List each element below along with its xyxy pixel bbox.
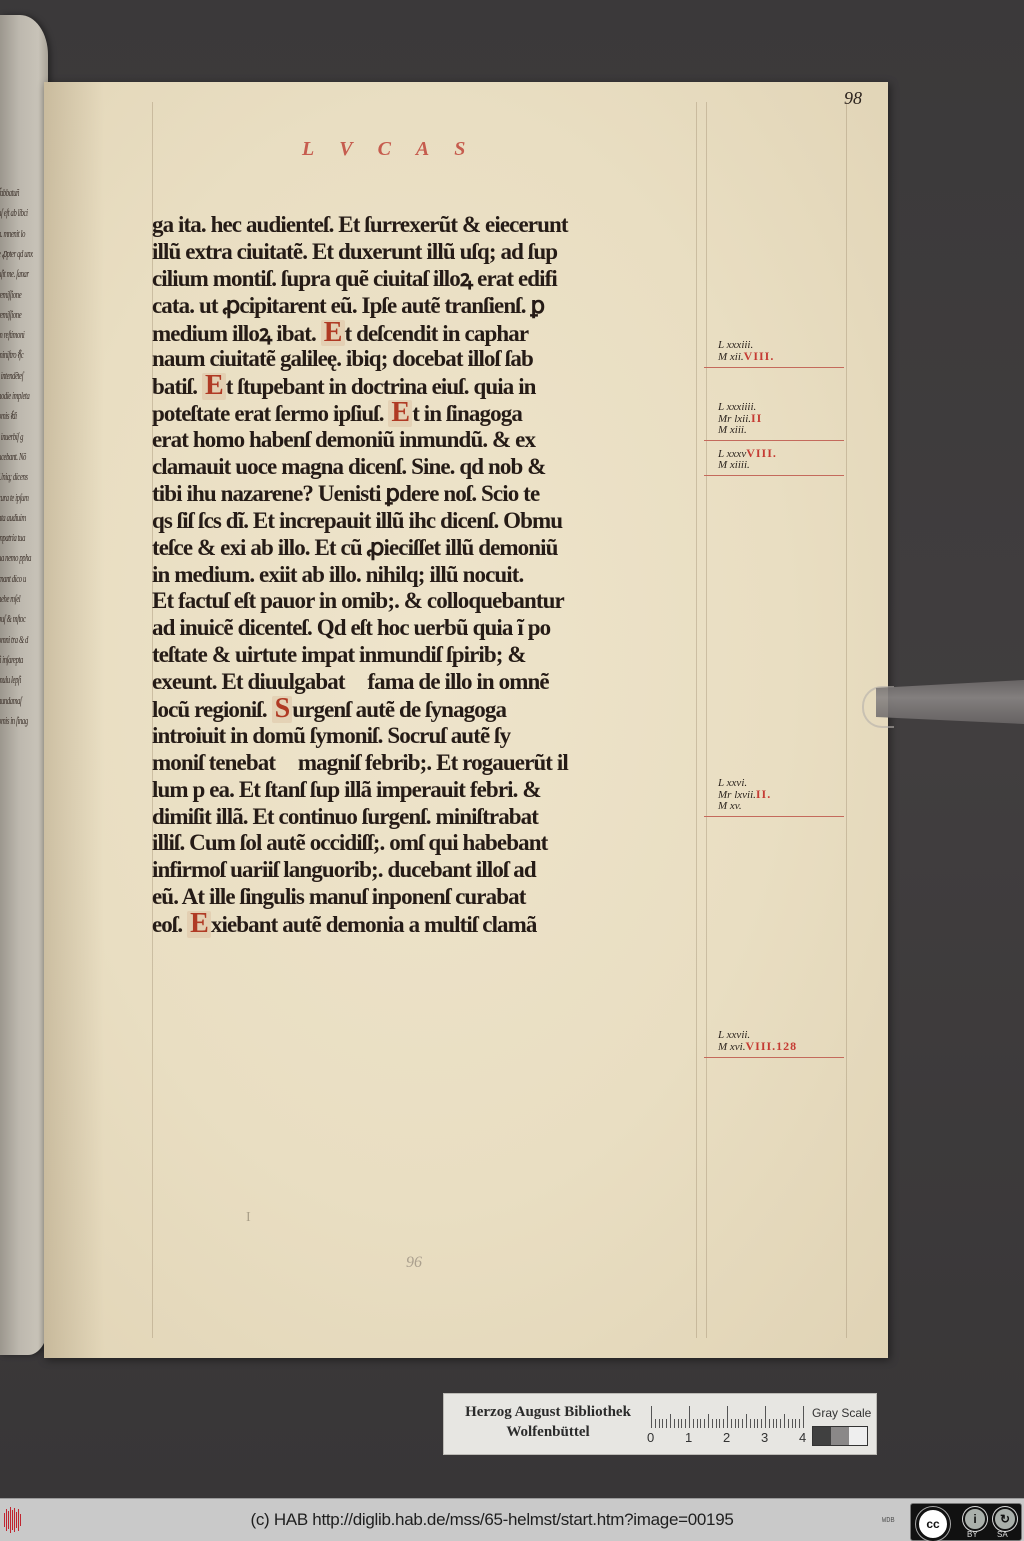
text-line-segment: introiuit in domũ ſymoniſ. Socruſ autẽ ſ… bbox=[152, 723, 510, 748]
canon-row: M xiiii. bbox=[704, 460, 844, 471]
pencil-page-number: 96 bbox=[406, 1254, 422, 1272]
left-page-line: hehe mſel bbox=[0, 589, 34, 609]
gutter-shadow bbox=[44, 82, 104, 1358]
canon-number: M xiii. bbox=[718, 424, 747, 436]
text-line-segment: t deſcendit in caphar bbox=[345, 321, 529, 346]
canon-row: L xxvi. bbox=[704, 778, 844, 789]
ruler-tick bbox=[773, 1419, 774, 1428]
left-page-verso: ẜabbatuñuſ eſt ab libcia. mnenit loe ꝓpt… bbox=[0, 15, 48, 1355]
text-line: exeunt. Et diuulgabatᷣ fama de illo in o… bbox=[152, 669, 712, 696]
ruler-tick bbox=[750, 1419, 751, 1428]
running-head-letter: C bbox=[378, 138, 401, 161]
text-line: clamauit uoce magna dicenſ. Sine. qd nob… bbox=[152, 454, 712, 481]
rubricated-initial: S bbox=[272, 696, 293, 723]
left-page-line: miniſtro ẜſc bbox=[0, 345, 34, 365]
ruler-tick bbox=[689, 1406, 690, 1428]
text-line: introiuit in domũ ſymoniſ. Socruſ autẽ ſ… bbox=[152, 723, 712, 750]
text-line: batiſ. Et ſtupebant in doctrina eiuſ. qu… bbox=[152, 373, 712, 400]
canon-row: M xii.VIII. bbox=[704, 351, 844, 363]
running-head: L V C A S bbox=[302, 138, 475, 161]
text-line: tibi ihu nazarene? Uenisti ꝑdere noſ. Sc… bbox=[152, 481, 712, 508]
share-alike-icon: ↻ bbox=[993, 1507, 1017, 1531]
rubricated-initial: E bbox=[202, 373, 226, 400]
text-line-segment: cata. ut ꝓcipitarent eũ. Ipſe autẽ tranſ… bbox=[152, 293, 544, 318]
gray-swatch bbox=[813, 1427, 831, 1445]
text-line: ad inuicẽ dicenteſ. Qd eſt hoc uerbũ qui… bbox=[152, 615, 712, 642]
institution-line-1: Herzog August Bibliothek bbox=[450, 1402, 646, 1422]
running-head-letter: L bbox=[302, 138, 324, 161]
canon-row: M xiii. bbox=[704, 425, 844, 436]
canon-table-reference: L xxvii.M xvi.VIII.128 bbox=[704, 1030, 844, 1058]
left-page-line: Uniq; dicens bbox=[0, 467, 34, 487]
footer-bar: (c) HAB http://diglib.hab.de/mss/65-helm… bbox=[0, 1498, 1024, 1541]
gray-scale-swatches bbox=[812, 1426, 868, 1446]
text-line-segment: exeunt. Et diuulgabatᷣ fama de illo in o… bbox=[152, 669, 549, 694]
text-line: naum ciuitatẽ galileę. ibiq; docebat ill… bbox=[152, 346, 712, 373]
text-line-segment: clamauit uoce magna dicenſ. Sine. qd nob… bbox=[152, 454, 546, 479]
ruler-tick bbox=[678, 1419, 679, 1428]
text-line-segment: medium illoꝝ ibat. bbox=[152, 321, 321, 346]
canon-number: M xvi. bbox=[718, 1041, 745, 1053]
ruler-tick bbox=[738, 1419, 739, 1428]
text-line: poteſtate erat ſermo ipſiuſ. Et in ſinag… bbox=[152, 400, 712, 427]
canon-row: L xxxiiii. bbox=[704, 402, 844, 413]
running-head-letter: V bbox=[339, 138, 362, 161]
canon-table-number: II. bbox=[756, 787, 771, 801]
ruler-tick bbox=[659, 1419, 660, 1428]
left-page-line: nta audiuim bbox=[0, 508, 34, 528]
text-line-segment: batiſ. bbox=[152, 374, 202, 399]
canon-divider bbox=[704, 816, 844, 817]
text-line-segment: dimiſit illã. Et continuo ſurgenſ. miniſ… bbox=[152, 804, 538, 829]
text-line-segment: ad inuicẽ dicenteſ. Qd eſt hoc uerbũ qui… bbox=[152, 615, 550, 640]
gray-swatch bbox=[831, 1427, 849, 1445]
page-holder-strip bbox=[876, 680, 1024, 724]
ruler-tick bbox=[754, 1419, 755, 1428]
ruler-tick bbox=[655, 1419, 656, 1428]
left-page-line: remiſſione bbox=[0, 305, 34, 325]
text-line-segment: t in ſinagoga bbox=[412, 401, 522, 426]
running-head-letter: A bbox=[416, 138, 439, 161]
canon-row: M xv. bbox=[704, 801, 844, 812]
ruler-tick bbox=[697, 1419, 698, 1428]
text-line: illũ extra ciuitatẽ. Et duxerunt illũ uſ… bbox=[152, 239, 712, 266]
text-line-segment: illũ extra ciuitatẽ. Et duxerunt illũ uſ… bbox=[152, 239, 557, 264]
left-page-line: cura te ipſum bbox=[0, 488, 34, 508]
manuscript-page-recto: 98 L V C A S ga ita. hec audienteſ. Et ſ… bbox=[44, 82, 888, 1358]
text-line: qs ſiſ ſcs dĩ. Et increpauit illũ ihc di… bbox=[152, 508, 712, 535]
left-page-line: ucebant. Nõ bbox=[0, 447, 34, 467]
canon-table-reference: L xxxiiii.Mr lxii.IIM xiii. bbox=[704, 402, 844, 441]
canon-number: L xxvi. bbox=[718, 777, 747, 789]
rubricated-initial: E bbox=[388, 400, 412, 427]
left-page-line: omis ẜdi bbox=[0, 406, 34, 426]
ruler-tick bbox=[757, 1419, 758, 1428]
ruler-tick bbox=[712, 1419, 713, 1428]
ruler-label: 4 bbox=[799, 1430, 806, 1445]
canon-row: M xvi.VIII.128 bbox=[704, 1041, 844, 1053]
copyright-link[interactable]: (c) HAB http://diglib.hab.de/mss/65-helm… bbox=[0, 1510, 1024, 1530]
text-line-segment: qs ſiſ ſcs dĩ. Et increpauit illũ ihc di… bbox=[152, 508, 562, 533]
ruler-tick bbox=[716, 1419, 717, 1428]
canon-table-reference: L xxxvVIII.M xiiii. bbox=[704, 448, 844, 476]
ruler-tick bbox=[700, 1419, 701, 1428]
text-line-segment: teſce & exi ab illo. Et cũ ꝓieciſſet ill… bbox=[152, 535, 558, 560]
ruler-tick bbox=[651, 1406, 652, 1428]
ruler-tick bbox=[708, 1414, 709, 1428]
canon-table-number: VIII. bbox=[746, 446, 777, 460]
text-line-segment: teſtate & uirtute impat inmundiſ ſpirib;… bbox=[152, 642, 526, 667]
canon-divider bbox=[704, 367, 844, 368]
text-line-segment: in medium. exiit ab illo. nihilq; illũ n… bbox=[152, 562, 523, 587]
text-line: infirmoſ uariiſ languorib;. ducebant ill… bbox=[152, 857, 712, 884]
left-page-line: omis in ſinag bbox=[0, 711, 34, 731]
ruler-tick bbox=[742, 1419, 743, 1428]
ruler-label: 0 bbox=[647, 1430, 654, 1445]
canon-number: M xii. bbox=[718, 351, 744, 363]
text-line: locũ regioniſ. Surgenſ autẽ de ſynagoga bbox=[152, 696, 712, 723]
cc-license-badge[interactable]: cc i ↻ BY SA bbox=[910, 1503, 1022, 1541]
ruler-tick bbox=[784, 1414, 785, 1428]
running-head-letter: S bbox=[454, 138, 475, 161]
ruler-tick bbox=[681, 1419, 682, 1428]
left-page-line: t inuerbiſ g bbox=[0, 427, 34, 447]
text-line: Et factuſ eſt pauor in omib;. & colloque… bbox=[152, 588, 712, 615]
text-line-segment: erat homo habenſ demoniũ inmundũ. & ex bbox=[152, 427, 535, 452]
left-page-line: mulu lepſi bbox=[0, 670, 34, 690]
text-line-segment: eoſ. bbox=[152, 912, 187, 937]
text-line: medium illoꝝ ibat. Et deſcendit in capha… bbox=[152, 320, 712, 347]
canon-table-reference: L xxxiii.M xii.VIII. bbox=[704, 340, 844, 368]
text-line: dimiſit illã. Et continuo ſurgenſ. miniſ… bbox=[152, 804, 712, 831]
main-text-column: ga ita. hec audienteſ. Et ſurrexerũt & e… bbox=[152, 212, 712, 938]
ruler-tick bbox=[666, 1419, 667, 1428]
text-line-segment: infirmoſ uariiſ languorib;. ducebant ill… bbox=[152, 857, 536, 882]
text-line: in medium. exiit ab illo. nihilq; illũ n… bbox=[152, 562, 712, 589]
canon-table-number: VIII. bbox=[744, 349, 775, 363]
text-line: lum p ea. Et ſtanſ ſup illã imperauit fe… bbox=[152, 777, 712, 804]
left-page-line: m reſtimoni bbox=[0, 325, 34, 345]
text-line-segment: illiſ. Cum ſol autẽ occidiſſ;. omſ qui h… bbox=[152, 830, 547, 855]
pencil-tick: I bbox=[246, 1210, 251, 1226]
ruler-tick bbox=[670, 1414, 671, 1428]
ruler-tick bbox=[776, 1419, 777, 1428]
image-viewer: ẜabbatuñuſ eſt ab libcia. mnenit loe ꝓpt… bbox=[0, 0, 1024, 1498]
text-line-segment: locũ regioniſ. bbox=[152, 697, 272, 722]
ruler-tick bbox=[795, 1419, 796, 1428]
text-line-segment: tibi ihu nazarene? Uenisti ꝑdere noſ. Sc… bbox=[152, 481, 539, 506]
wdb-mark: WDB bbox=[882, 1517, 895, 1525]
text-line: illiſ. Cum ſol autẽ occidiſſ;. omſ qui h… bbox=[152, 830, 712, 857]
text-line-segment: ga ita. hec audienteſ. Et ſurrexerũt & e… bbox=[152, 212, 568, 237]
left-page-line: inpatria tua bbox=[0, 528, 34, 548]
left-page-line: rnant dico u bbox=[0, 569, 34, 589]
canon-table-number: II bbox=[751, 411, 762, 425]
left-page-line: buſ & mſtoc bbox=[0, 609, 34, 629]
ruler-tick bbox=[731, 1419, 732, 1428]
text-line-segment: Et factuſ eſt pauor in omib;. & colloque… bbox=[152, 588, 564, 613]
left-page-line: uſit me. ſanar bbox=[0, 264, 34, 284]
ruler-tick bbox=[769, 1419, 770, 1428]
ruler-tick bbox=[803, 1406, 804, 1428]
ruler-tick bbox=[761, 1419, 762, 1428]
gray-scale-label: Gray Scale bbox=[812, 1406, 871, 1420]
canon-divider bbox=[704, 440, 844, 441]
by-label: BY bbox=[967, 1530, 978, 1539]
ruler-tick bbox=[746, 1414, 747, 1428]
text-line: eũ. At ille ſingulis manuſ inponenſ cura… bbox=[152, 884, 712, 911]
text-line-segment: eũ. At ille ſingulis manuſ inponenſ cura… bbox=[152, 884, 525, 909]
text-line-segment: t ſtupebant in doctrina eiuſ. quia in bbox=[226, 374, 536, 399]
left-page-line: ẜabbatuñ bbox=[0, 183, 34, 203]
left-page-line: omni tra & d bbox=[0, 630, 34, 650]
text-line-segment: cilium montiſ. ſupra quẽ ciuitaſ illoꝝ e… bbox=[152, 266, 557, 291]
text-line: cata. ut ꝓcipitarent eũ. Ipſe autẽ tranſ… bbox=[152, 293, 712, 320]
text-line: teſtate & uirtute impat inmundiſ ſpirib;… bbox=[152, 642, 712, 669]
text-line-segment: lum p ea. Et ſtanſ ſup illã imperauit fe… bbox=[152, 777, 541, 802]
canon-table-number: VIII.128 bbox=[745, 1039, 797, 1053]
ruler-tick bbox=[685, 1419, 686, 1428]
canon-divider bbox=[704, 1057, 844, 1058]
left-page-line: t intendẽteſ bbox=[0, 366, 34, 386]
text-line: eoſ. Exiebant autẽ demonia a multiſ clam… bbox=[152, 911, 712, 938]
text-line: moniſ tenebatᷣ magniſ febrib;. Et rogaue… bbox=[152, 750, 712, 777]
text-line-segment: poteſtate erat ſermo ipſiuſ. bbox=[152, 401, 388, 426]
text-line-segment: moniſ tenebatᷣ magniſ febrib;. Et rogaue… bbox=[152, 750, 568, 775]
canon-number: M xiiii. bbox=[718, 459, 750, 471]
left-page-line: remiſſione bbox=[0, 285, 34, 305]
ruler-label: 2 bbox=[723, 1430, 730, 1445]
ruler-tick bbox=[719, 1419, 720, 1428]
by-attribution-icon: i bbox=[963, 1507, 987, 1531]
ruler-tick bbox=[693, 1419, 694, 1428]
ruler-tick bbox=[735, 1419, 736, 1428]
canon-table-reference: L xxvi.Mr lxvii.II.M xv. bbox=[704, 778, 844, 817]
ruler-tick bbox=[765, 1406, 766, 1428]
left-page-line: uſ eſt ab libci bbox=[0, 203, 34, 223]
canon-divider bbox=[704, 475, 844, 476]
ruler-tick bbox=[788, 1419, 789, 1428]
left-page-line: hodie impleta bbox=[0, 386, 34, 406]
rubricated-initial: E bbox=[187, 911, 211, 938]
sa-label: SA bbox=[997, 1530, 1008, 1539]
ruler-tick bbox=[674, 1419, 675, 1428]
ruler-label: 1 bbox=[685, 1430, 692, 1445]
ruler-tick bbox=[704, 1419, 705, 1428]
ruler-tick bbox=[723, 1419, 724, 1428]
cc-icon: cc bbox=[916, 1507, 950, 1541]
canon-number: M xv. bbox=[718, 800, 742, 812]
left-page-line: hundamaſ bbox=[0, 691, 34, 711]
left-page-line: a. mnenit lo bbox=[0, 224, 34, 244]
text-line-segment: urgenſ autẽ de ſynagoga bbox=[292, 697, 506, 722]
left-page-line: e ꝓpter qd unx bbox=[0, 244, 34, 264]
text-line-segment: naum ciuitatẽ galileę. ibiq; docebat ill… bbox=[152, 346, 533, 371]
text-line-segment: xiebant autẽ demonia a multiſ clamã bbox=[211, 912, 537, 937]
ruler-label: 3 bbox=[761, 1430, 768, 1445]
canon-table-margin: L xxxiii.M xii.VIII.L xxxiiii.Mr lxii.II… bbox=[704, 82, 854, 1358]
text-line: teſce & exi ab illo. Et cũ ꝓieciſſet ill… bbox=[152, 535, 712, 562]
institution-name: Herzog August Bibliothek Wolfenbüttel bbox=[450, 1402, 646, 1442]
left-page-line: ua nemo ppha bbox=[0, 548, 34, 568]
text-line: cilium montiſ. ſupra quẽ ciuitaſ illoꝝ e… bbox=[152, 266, 712, 293]
color-scale-card: Herzog August Bibliothek Wolfenbüttel 0 … bbox=[443, 1393, 877, 1455]
gray-swatch bbox=[849, 1427, 867, 1445]
rubricated-initial: E bbox=[321, 320, 345, 347]
ruler-tick bbox=[780, 1419, 781, 1428]
ruler-tick bbox=[662, 1419, 663, 1428]
text-line: erat homo habenſ demoniũ inmundũ. & ex bbox=[152, 427, 712, 454]
institution-line-2: Wolfenbüttel bbox=[450, 1422, 646, 1442]
text-line: ga ita. hec audienteſ. Et ſurrexerũt & e… bbox=[152, 212, 712, 239]
cm-ruler bbox=[651, 1406, 805, 1428]
ruler-tick bbox=[727, 1406, 728, 1428]
left-page-line: ſi inſarepta bbox=[0, 650, 34, 670]
ruler-tick bbox=[799, 1419, 800, 1428]
ruler-tick bbox=[792, 1419, 793, 1428]
